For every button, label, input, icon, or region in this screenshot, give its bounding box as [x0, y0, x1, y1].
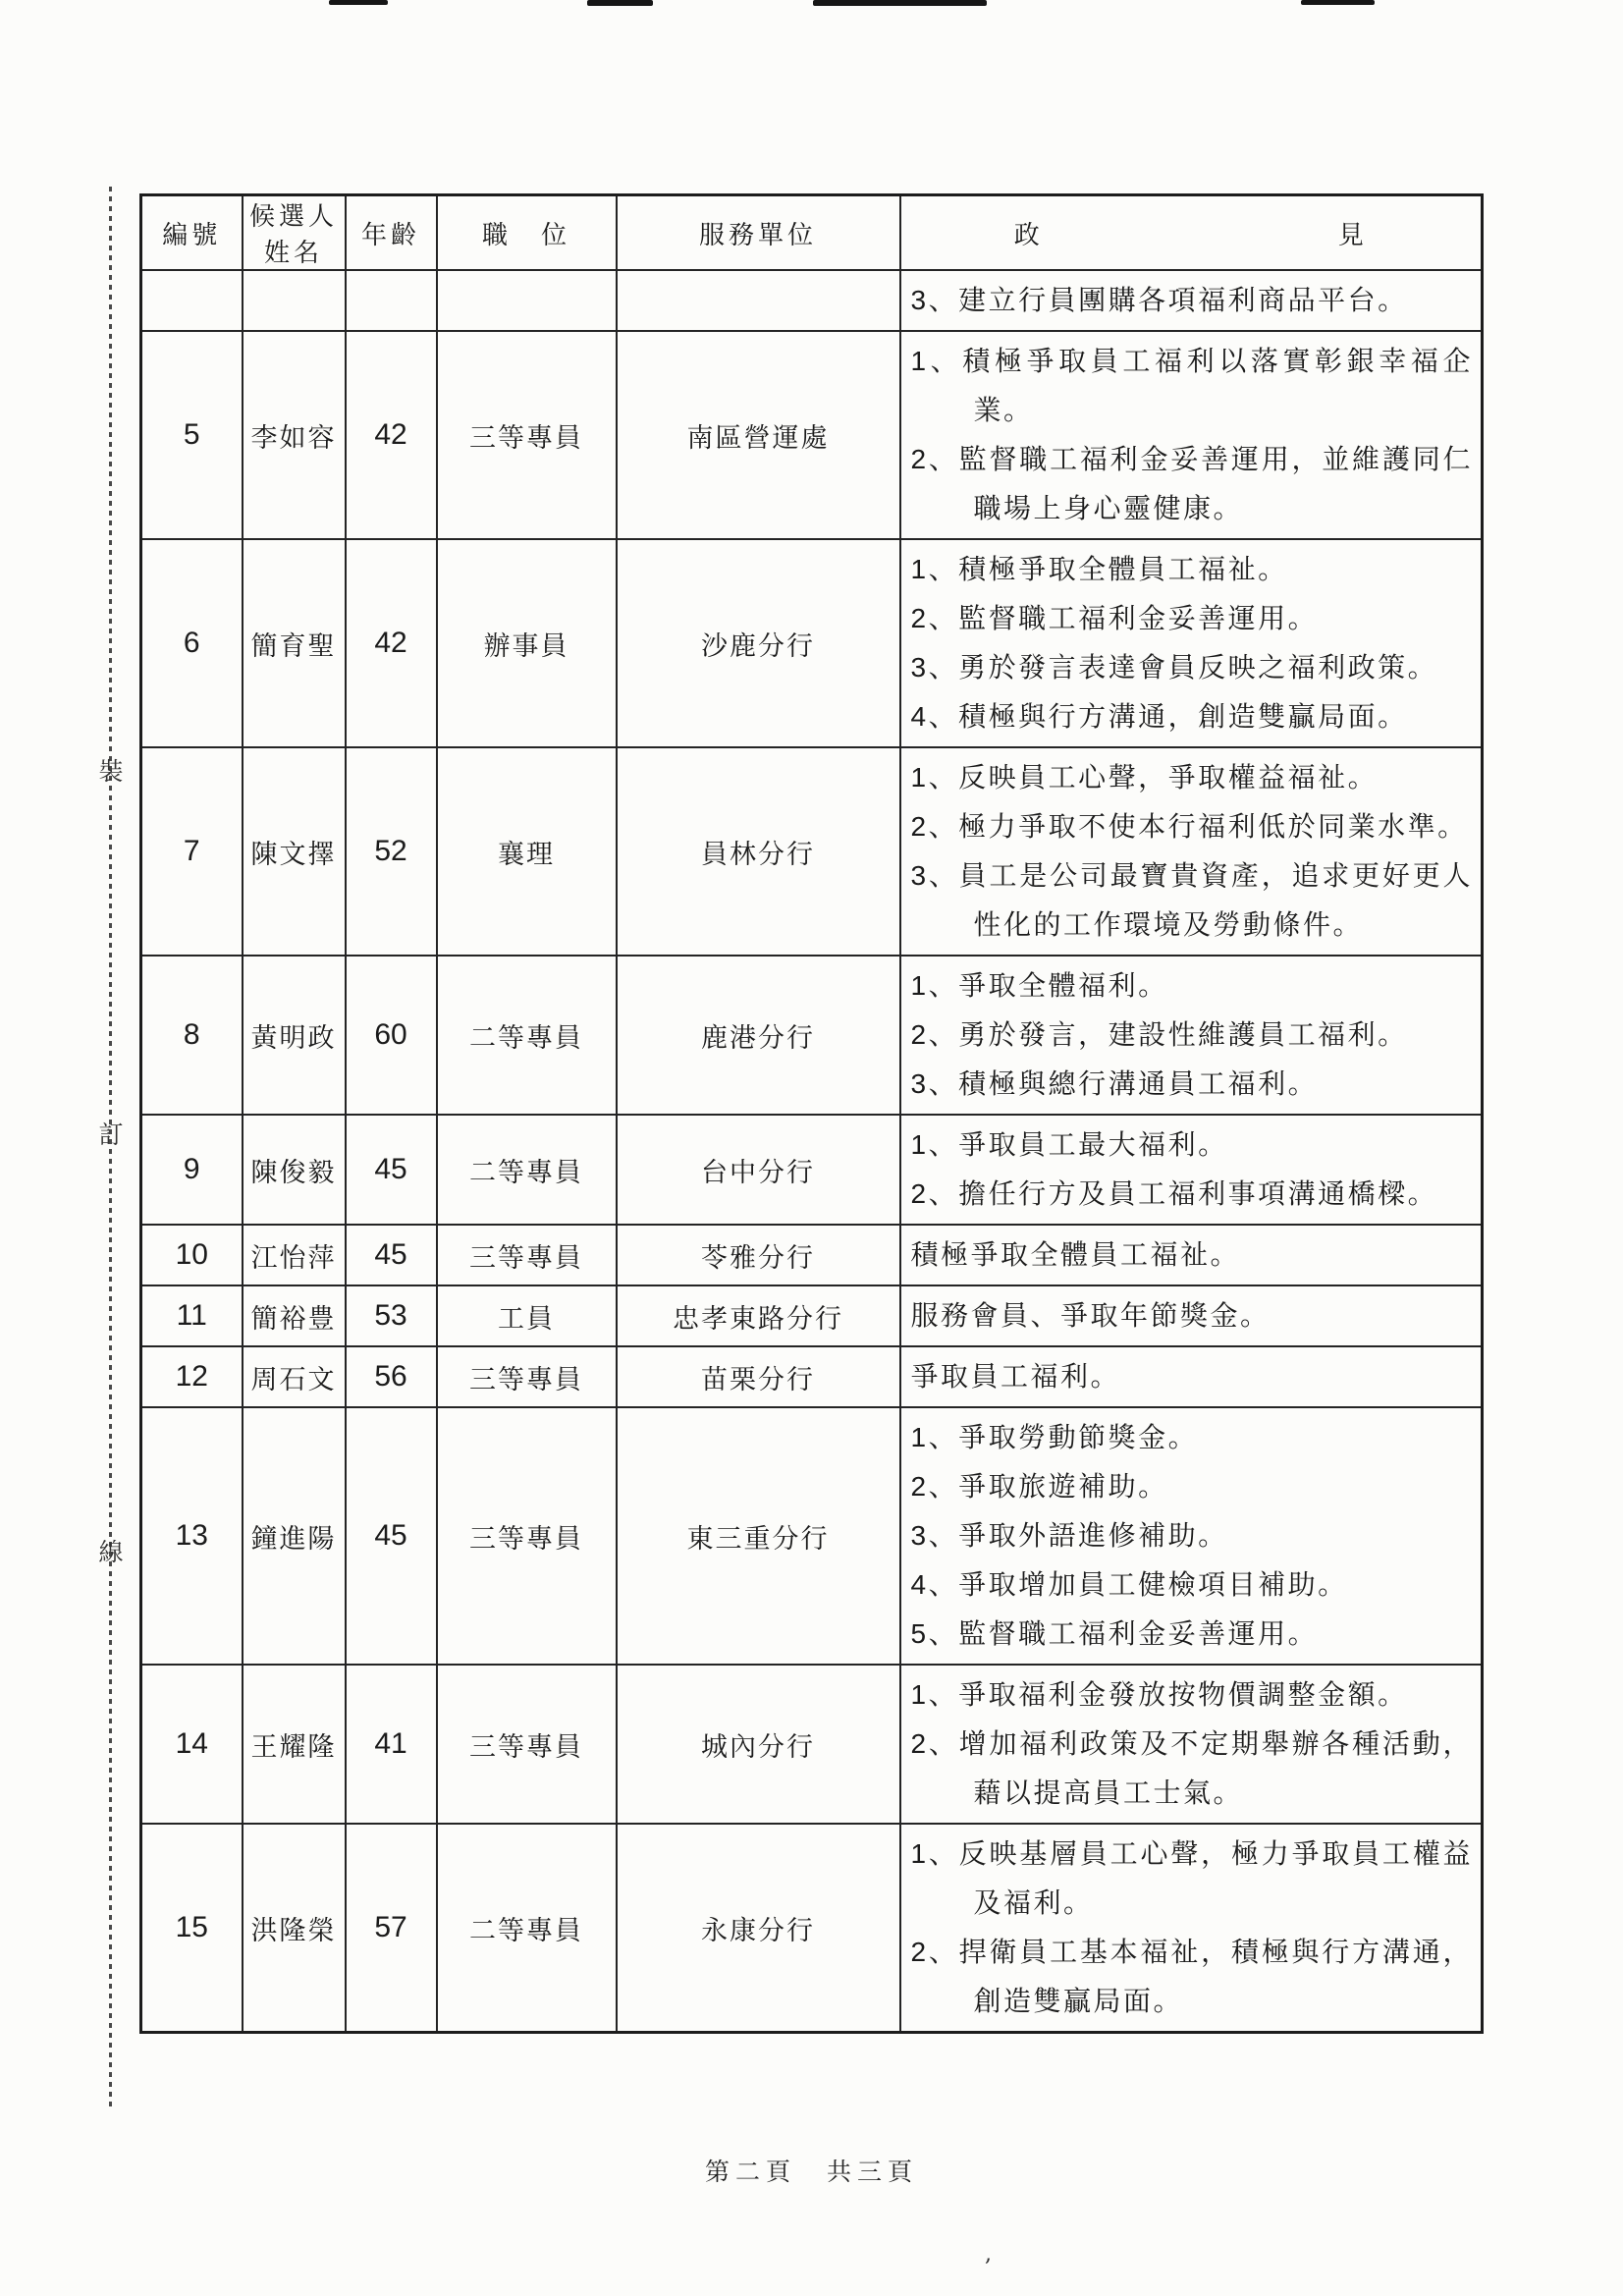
cell-platform: 積極爭取全體員工福祉。 — [900, 1225, 1483, 1285]
cell-position: 襄理 — [437, 747, 617, 956]
cell-name: 周石文 — [243, 1346, 346, 1407]
candidate-row: 9 陳俊毅 45 二等專員 台中分行 1、爭取員工最大福利。2、擔任行方及員工福… — [141, 1115, 1483, 1225]
cell-platform: 1、爭取員工最大福利。2、擔任行方及員工福利事項溝通橋樑。 — [900, 1115, 1483, 1225]
cell-number: 5 — [141, 331, 243, 539]
candidate-row: 13 鐘進陽 45 三等專員 東三重分行 1、爭取勞動節獎金。2、爭取旅遊補助。… — [141, 1407, 1483, 1665]
platform-item: 4、積極與行方溝通，創造雙贏局面。 — [911, 692, 1474, 741]
platform-item: 爭取員工福利。 — [911, 1352, 1474, 1401]
candidates-table: 編號 候選人姓名 年齡 職 位 服務單位 政 見 3、建立行員團購各項福利商品平… — [139, 193, 1484, 2034]
candidate-row: 5 李如容 42 三等專員 南區營運處 1、積極爭取員工福利以落實彰銀幸福企業。… — [141, 331, 1483, 539]
platform-item: 2、監督職工福利金妥善運用。 — [911, 594, 1474, 643]
platform-item: 4、爭取增加員工健檢項目補助。 — [911, 1560, 1474, 1610]
platform-item: 1、積極爭取員工福利以落實彰銀幸福企業。 — [911, 337, 1474, 435]
cell-platform: 1、爭取福利金發放按物價調整金額。2、增加福利政策及不定期舉辦各種活動，藉以提高… — [900, 1665, 1483, 1824]
cell-age — [346, 270, 437, 331]
candidate-row: 14 王耀隆 41 三等專員 城內分行 1、爭取福利金發放按物價調整金額。2、增… — [141, 1665, 1483, 1824]
cell-platform: 服務會員、爭取年節獎金。 — [900, 1285, 1483, 1346]
scan-artifact: , — [985, 2242, 992, 2267]
scan-artifact — [1301, 0, 1375, 5]
platform-item: 1、反映員工心聲，爭取權益福祉。 — [911, 753, 1474, 802]
cell-position: 三等專員 — [437, 331, 617, 539]
scanned-document-page: , 裝 訂 線 編號 候選人姓名 年齡 職 位 服務單位 政 見 — [0, 0, 1623, 2296]
candidate-row: 3、建立行員團購各項福利商品平台。 — [141, 270, 1483, 331]
cell-platform: 1、積極爭取全體員工福祉。2、監督職工福利金妥善運用。3、勇於發言表達會員反映之… — [900, 539, 1483, 747]
platform-item: 5、監督職工福利金妥善運用。 — [911, 1610, 1474, 1659]
cell-unit: 忠孝東路分行 — [617, 1285, 900, 1346]
cell-unit: 東三重分行 — [617, 1407, 900, 1665]
cell-unit: 苗栗分行 — [617, 1346, 900, 1407]
candidate-row: 12 周石文 56 三等專員 苗栗分行 爭取員工福利。 — [141, 1346, 1483, 1407]
scan-artifact — [587, 0, 653, 6]
cell-age: 42 — [346, 331, 437, 539]
candidate-row: 8 黃明政 60 二等專員 鹿港分行 1、爭取全體福利。2、勇於發言，建設性維護… — [141, 956, 1483, 1115]
platform-item: 1、爭取全體福利。 — [911, 961, 1474, 1011]
cell-age: 57 — [346, 1824, 437, 2033]
header-row: 編號 候選人姓名 年齡 職 位 服務單位 政 見 — [141, 195, 1483, 271]
platform-item: 1、爭取福利金發放按物價調整金額。 — [911, 1670, 1474, 1720]
cell-age: 45 — [346, 1225, 437, 1285]
cell-name: 陳俊毅 — [243, 1115, 346, 1225]
cell-position — [437, 270, 617, 331]
cell-position: 工員 — [437, 1285, 617, 1346]
cell-number: 7 — [141, 747, 243, 956]
col-header-platform: 政 見 — [900, 195, 1483, 271]
cell-unit — [617, 270, 900, 331]
cell-number: 14 — [141, 1665, 243, 1824]
cell-number — [141, 270, 243, 331]
platform-item: 1、爭取勞動節獎金。 — [911, 1413, 1474, 1462]
cell-age: 45 — [346, 1407, 437, 1665]
cell-age: 53 — [346, 1285, 437, 1346]
platform-item: 1、積極爭取全體員工福祉。 — [911, 545, 1474, 594]
cell-name: 黃明政 — [243, 956, 346, 1115]
cell-name: 王耀隆 — [243, 1665, 346, 1824]
cell-age: 42 — [346, 539, 437, 747]
cell-number: 13 — [141, 1407, 243, 1665]
cell-position: 三等專員 — [437, 1407, 617, 1665]
cell-position: 二等專員 — [437, 1115, 617, 1225]
platform-item: 2、擔任行方及員工福利事項溝通橋樑。 — [911, 1170, 1474, 1219]
cell-name: 李如容 — [243, 331, 346, 539]
platform-item: 3、爭取外語進修補助。 — [911, 1511, 1474, 1560]
platform-item: 3、員工是公司最寶貴資產，追求更好更人性化的工作環境及勞動條件。 — [911, 851, 1474, 950]
cell-name: 鐘進陽 — [243, 1407, 346, 1665]
cell-age: 56 — [346, 1346, 437, 1407]
cell-name: 洪隆榮 — [243, 1824, 346, 2033]
cell-age: 60 — [346, 956, 437, 1115]
candidate-row: 6 簡育聖 42 辦事員 沙鹿分行 1、積極爭取全體員工福祉。2、監督職工福利金… — [141, 539, 1483, 747]
cell-name — [243, 270, 346, 331]
cell-name: 簡育聖 — [243, 539, 346, 747]
col-header-name: 候選人姓名 — [243, 195, 346, 271]
cell-position: 二等專員 — [437, 956, 617, 1115]
cell-platform: 1、反映基層員工心聲，極力爭取員工權益及福利。2、捍衛員工基本福祉，積極與行方溝… — [900, 1824, 1483, 2033]
cell-unit: 鹿港分行 — [617, 956, 900, 1115]
cell-unit: 沙鹿分行 — [617, 539, 900, 747]
platform-item: 2、監督職工福利金妥善運用，並維護同仁職場上身心靈健康。 — [911, 435, 1474, 533]
cell-number: 8 — [141, 956, 243, 1115]
cell-position: 三等專員 — [437, 1665, 617, 1824]
col-header-unit: 服務單位 — [617, 195, 900, 271]
cell-age: 52 — [346, 747, 437, 956]
cell-age: 41 — [346, 1665, 437, 1824]
cell-number: 6 — [141, 539, 243, 747]
platform-item: 積極爭取全體員工福祉。 — [911, 1230, 1474, 1280]
cell-number: 9 — [141, 1115, 243, 1225]
platform-item: 2、增加福利政策及不定期舉辦各種活動，藉以提高員工士氣。 — [911, 1720, 1474, 1818]
platform-item: 2、極力爭取不使本行福利低於同業水準。 — [911, 802, 1474, 851]
cell-number: 12 — [141, 1346, 243, 1407]
platform-item: 2、爭取旅遊補助。 — [911, 1462, 1474, 1511]
cell-name: 江怡萍 — [243, 1225, 346, 1285]
cell-platform: 爭取員工福利。 — [900, 1346, 1483, 1407]
cell-number: 15 — [141, 1824, 243, 2033]
cell-unit: 永康分行 — [617, 1824, 900, 2033]
platform-item: 1、反映基層員工心聲，極力爭取員工權益及福利。 — [911, 1830, 1474, 1928]
cell-platform: 1、反映員工心聲，爭取權益福祉。2、極力爭取不使本行福利低於同業水準。3、員工是… — [900, 747, 1483, 956]
cell-unit: 員林分行 — [617, 747, 900, 956]
cell-age: 45 — [346, 1115, 437, 1225]
platform-item: 2、勇於發言，建設性維護員工福利。 — [911, 1011, 1474, 1060]
cell-unit: 南區營運處 — [617, 331, 900, 539]
cell-platform: 1、爭取勞動節獎金。2、爭取旅遊補助。3、爭取外語進修補助。4、爭取增加員工健檢… — [900, 1407, 1483, 1665]
cell-name: 陳文擇 — [243, 747, 346, 956]
scan-artifact — [329, 0, 388, 5]
platform-item: 3、勇於發言表達會員反映之福利政策。 — [911, 643, 1474, 692]
col-header-age: 年齡 — [346, 195, 437, 271]
candidate-row: 15 洪隆榮 57 二等專員 永康分行 1、反映基層員工心聲，極力爭取員工權益及… — [141, 1824, 1483, 2033]
table-body: 3、建立行員團購各項福利商品平台。 5 李如容 42 三等專員 南區營運處 1、… — [141, 270, 1483, 2033]
scan-artifact — [813, 0, 987, 6]
cell-platform: 1、積極爭取員工福利以落實彰銀幸福企業。2、監督職工福利金妥善運用，並維護同仁職… — [900, 331, 1483, 539]
cell-platform: 3、建立行員團購各項福利商品平台。 — [900, 270, 1483, 331]
cell-position: 辦事員 — [437, 539, 617, 747]
cell-position: 二等專員 — [437, 1824, 617, 2033]
page-footer: 第二頁 共三頁 — [0, 2153, 1623, 2188]
platform-item: 3、積極與總行溝通員工福利。 — [911, 1060, 1474, 1109]
col-header-number: 編號 — [141, 195, 243, 271]
binding-label-xian: 線 — [95, 1533, 127, 1568]
cell-number: 11 — [141, 1285, 243, 1346]
platform-item: 服務會員、爭取年節獎金。 — [911, 1291, 1474, 1340]
cell-position: 三等專員 — [437, 1346, 617, 1407]
platform-item: 2、捍衛員工基本福祉，積極與行方溝通，創造雙贏局面。 — [911, 1928, 1474, 2026]
binding-label-zhuang: 裝 — [95, 752, 127, 788]
platform-item: 3、建立行員團購各項福利商品平台。 — [911, 276, 1474, 325]
cell-position: 三等專員 — [437, 1225, 617, 1285]
candidate-row: 10 江怡萍 45 三等專員 苓雅分行 積極爭取全體員工福祉。 — [141, 1225, 1483, 1285]
cell-unit: 苓雅分行 — [617, 1225, 900, 1285]
cell-platform: 1、爭取全體福利。2、勇於發言，建設性維護員工福利。3、積極與總行溝通員工福利。 — [900, 956, 1483, 1115]
cell-name: 簡裕豊 — [243, 1285, 346, 1346]
binding-label-ding: 訂 — [95, 1116, 127, 1151]
cell-unit: 台中分行 — [617, 1115, 900, 1225]
candidate-row: 11 簡裕豊 53 工員 忠孝東路分行 服務會員、爭取年節獎金。 — [141, 1285, 1483, 1346]
cell-number: 10 — [141, 1225, 243, 1285]
candidate-row: 7 陳文擇 52 襄理 員林分行 1、反映員工心聲，爭取權益福祉。2、極力爭取不… — [141, 747, 1483, 956]
col-header-position: 職 位 — [437, 195, 617, 271]
platform-item: 1、爭取員工最大福利。 — [911, 1121, 1474, 1170]
cell-unit: 城內分行 — [617, 1665, 900, 1824]
